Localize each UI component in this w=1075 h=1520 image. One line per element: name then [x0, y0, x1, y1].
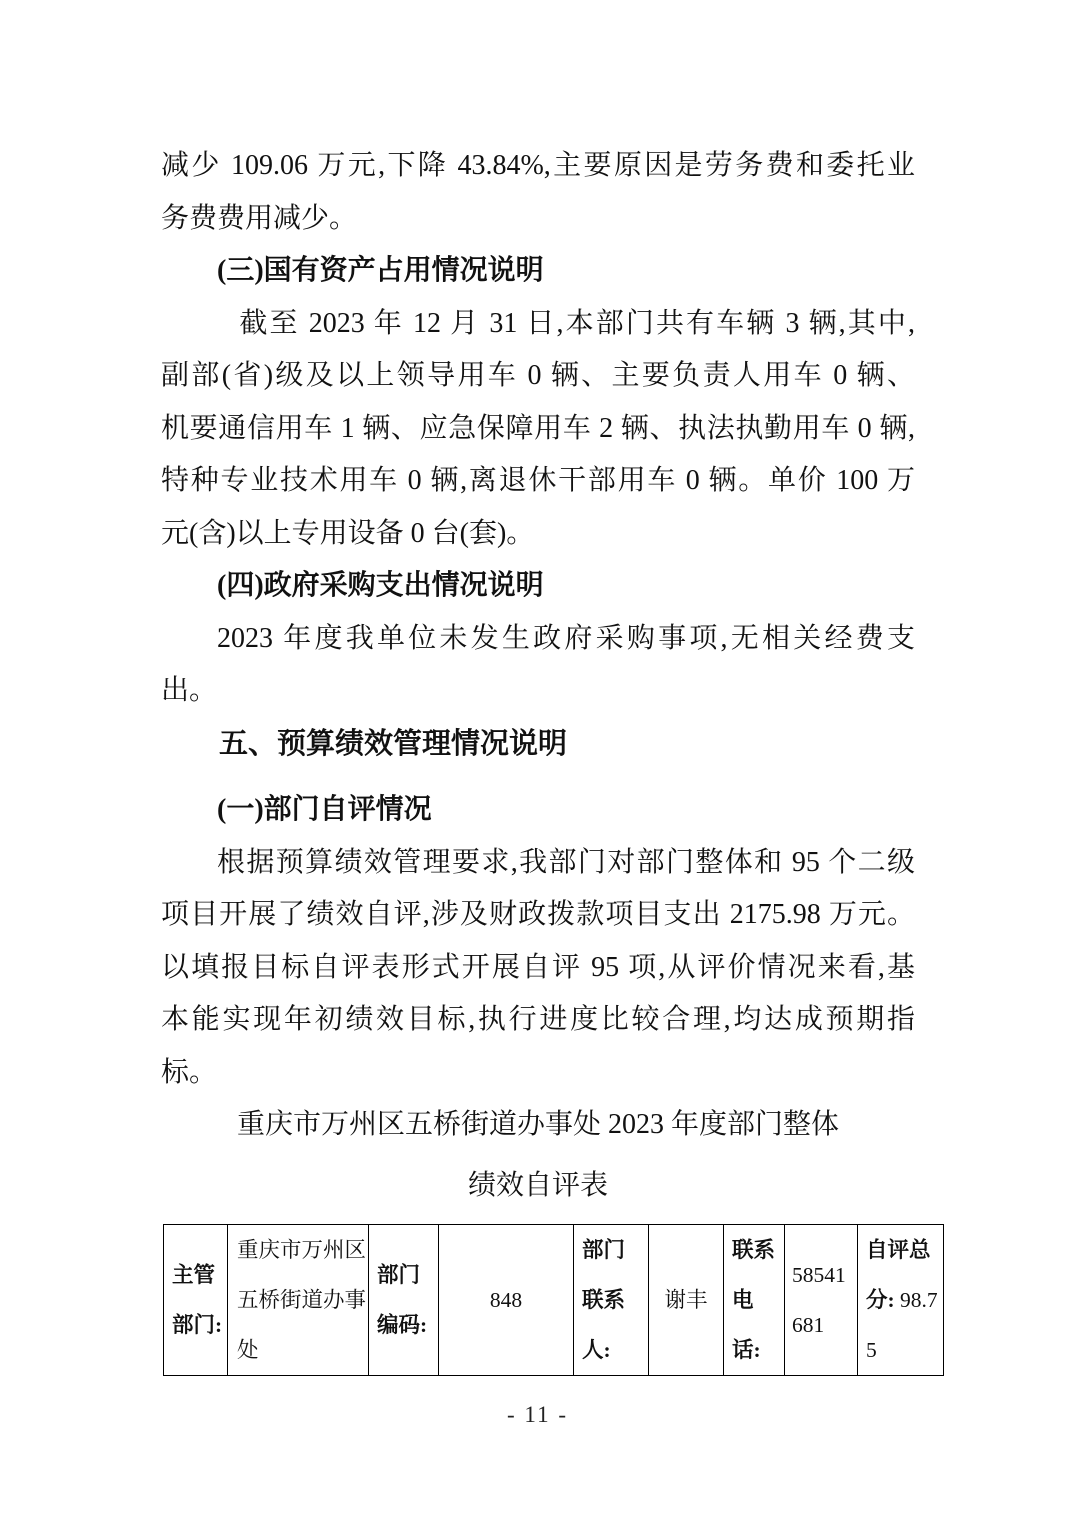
body-text-line: 出。: [161, 665, 915, 718]
body-text-line: 项目开展了绩效自评,涉及财政拨款项目支出 2175.98 万元。: [161, 889, 915, 942]
dept-code-value: 848: [439, 1225, 574, 1376]
body-text-line: 务费费用减少。: [161, 193, 915, 246]
table-row: 主管部门: 重庆市万州区五桥街道办事处 部门编码: 848 部门联系人: 谢丰 …: [164, 1225, 944, 1376]
body-text-line: 2023 年度我单位未发生政府采购事项,无相关经费支: [161, 613, 915, 666]
body-text-line: 特种专业技术用车 0 辆,离退休干部用车 0 辆。单价 100 万: [161, 455, 915, 508]
body-text-line: 机要通信用车 1 辆、应急保障用车 2 辆、执法执勤用车 0 辆,: [161, 403, 915, 456]
section-heading-self-evaluation: (一)部门自评情况: [161, 784, 915, 837]
table-title-line-2: 绩效自评表: [161, 1160, 915, 1213]
table-title-line-1: 重庆市万州区五桥街道办事处 2023 年度部门整体: [161, 1099, 915, 1152]
body-text-line: 根据预算绩效管理要求,我部门对部门整体和 95 个二级: [161, 837, 915, 890]
contact-person-value: 谢丰: [649, 1225, 724, 1376]
self-evaluation-table: 主管部门: 重庆市万州区五桥街道办事处 部门编码: 848 部门联系人: 谢丰 …: [163, 1224, 944, 1376]
phone-value: 58541681: [785, 1225, 858, 1376]
section-heading-gov-procurement: (四)政府采购支出情况说明: [161, 560, 915, 613]
chapter-heading-performance-management: 五、预算绩效管理情况说明: [161, 718, 915, 771]
body-text-line: 标。: [161, 1047, 915, 1100]
body-text-line: 截至 2023 年 12 月 31 日,本部门共有车辆 3 辆,其中,: [161, 298, 915, 351]
dept-code-label: 部门编码:: [369, 1225, 439, 1376]
supervisor-dept-label: 主管部门:: [164, 1225, 228, 1376]
contact-person-label: 部门联系人:: [574, 1225, 649, 1376]
body-text-line: 减少 109.06 万元,下降 43.84%,主要原因是劳务费和委托业: [161, 140, 915, 193]
document-body: 减少 109.06 万元,下降 43.84%,主要原因是劳务费和委托业 务费费用…: [161, 140, 915, 1376]
section-heading-state-assets: (三)国有资产占用情况说明: [161, 245, 915, 298]
document-page: 减少 109.06 万元,下降 43.84%,主要原因是劳务费和委托业 务费费用…: [0, 0, 1075, 1520]
self-score-cell: 自评总分: 98.75: [858, 1225, 944, 1376]
body-text-line: 元(含)以上专用设备 0 台(套)。: [161, 508, 915, 561]
supervisor-dept-value: 重庆市万州区五桥街道办事处: [228, 1225, 369, 1376]
body-text-line: 本能实现年初绩效目标,执行进度比较合理,均达成预期指: [161, 994, 915, 1047]
body-text-line: 以填报目标自评表形式开展自评 95 项,从评价情况来看,基: [161, 942, 915, 995]
phone-label: 联系电话:: [724, 1225, 785, 1376]
page-number: - 11 -: [0, 1402, 1075, 1428]
body-text-line: 副部(省)级及以上领导用车 0 辆、主要负责人用车 0 辆、: [161, 350, 915, 403]
